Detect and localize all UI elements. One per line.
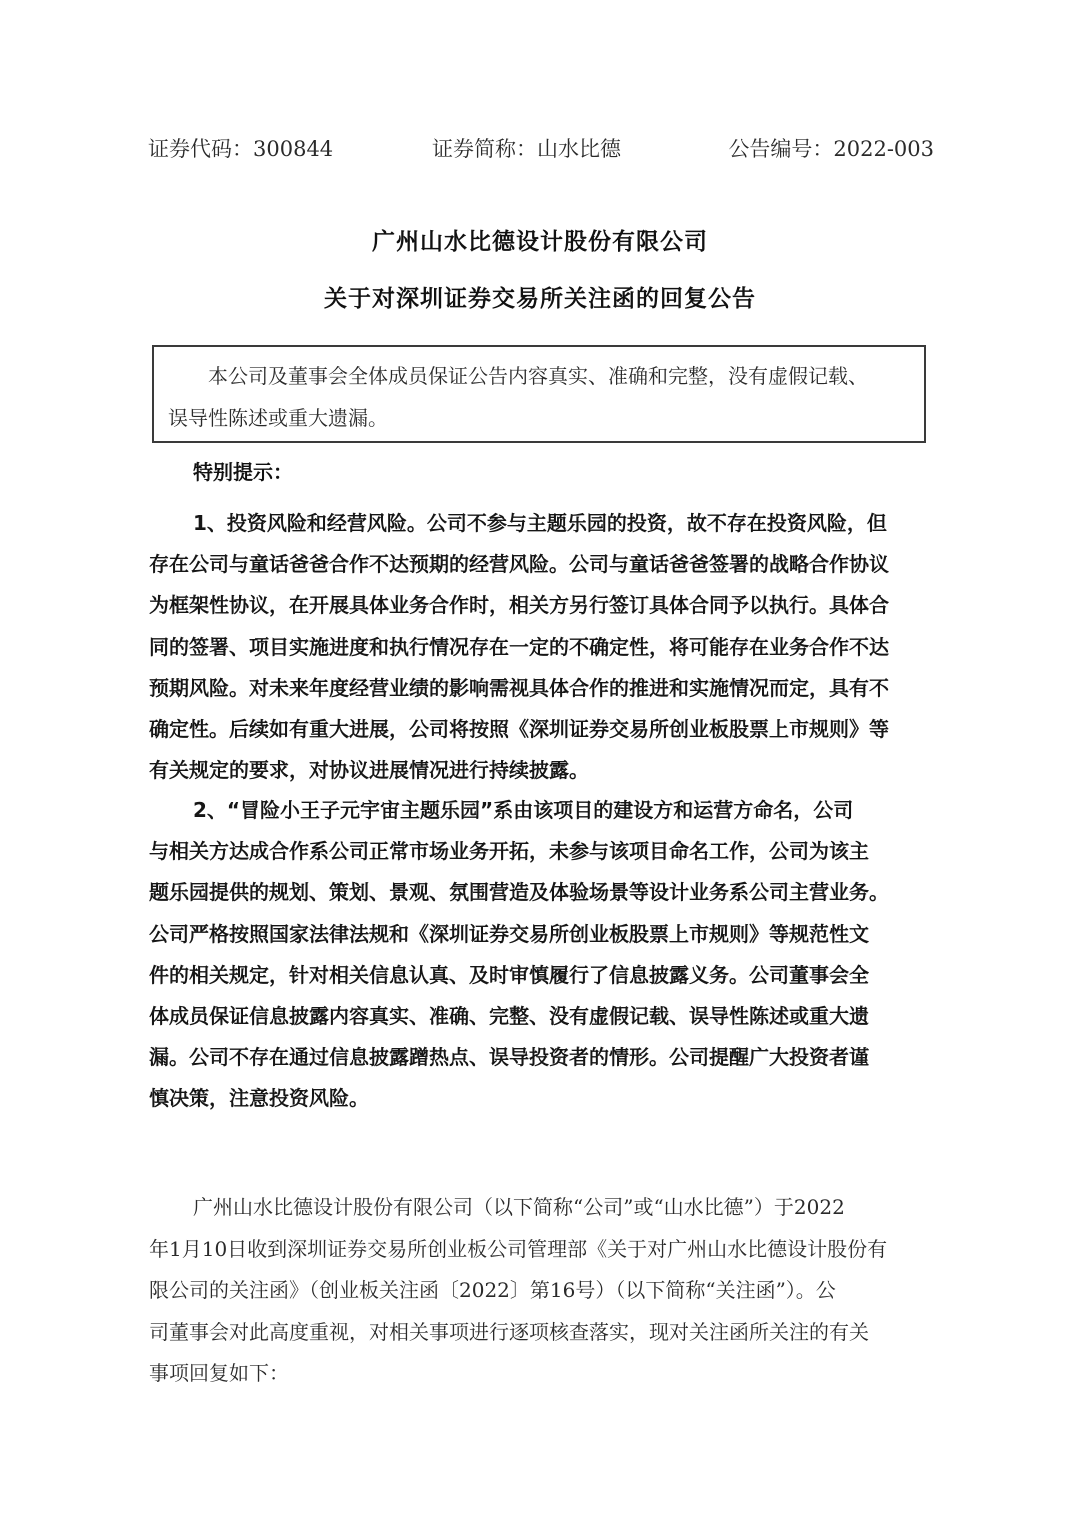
notice-line: 误导性陈述或重大遗漏。 xyxy=(168,397,910,439)
paragraph-line: 公司严格按照国家法律法规和《深圳证券交易所创业板股票上市规则》等规范性文 xyxy=(149,914,955,955)
security-name: 证券简称：山水比德 xyxy=(432,133,621,165)
notice-line: 本公司及董事会全体成员保证公告内容真实、准确和完整，没有虚假记载、 xyxy=(168,355,910,397)
announcement-header: 证券代码：300844 证券简称：山水比德 公告编号：2022-003 xyxy=(148,133,934,165)
announcement-subject: 关于对深圳证券交易所关注函的回复公告 xyxy=(0,282,1080,316)
paragraph-line: 事项回复如下： xyxy=(149,1353,955,1395)
special-notice-item-2: 2、“冒险小王子元宇宙主题乐园”系由该项目的建设方和运营方命名，公司 与相关方达… xyxy=(149,790,955,1120)
paragraph-line: 司董事会对此高度重视，对相关事项进行逐项核查落实，现对关注函所关注的有关 xyxy=(149,1312,955,1354)
special-notice-heading: 特别提示： xyxy=(193,456,293,488)
announcement-page: 证券代码：300844 证券简称：山水比德 公告编号：2022-003 广州山水… xyxy=(0,0,1080,1527)
announcement-number: 公告编号：2022-003 xyxy=(728,133,934,165)
paragraph-line: 与相关方达成合作系公司正常市场业务开拓，未参与该项目命名工作，公司为该主 xyxy=(149,831,955,872)
paragraph-line: 2、“冒险小王子元宇宙主题乐园”系由该项目的建设方和运营方命名，公司 xyxy=(149,790,955,831)
paragraph-line: 题乐园提供的规划、策划、景观、氛围营造及体验场景等设计业务系公司主营业务。 xyxy=(149,872,955,913)
paragraph-line: 1、投资风险和经营风险。公司不参与主题乐园的投资，故不存在投资风险，但 xyxy=(149,503,955,544)
paragraph-line: 广州山水比德设计股份有限公司（以下简称“公司”或“山水比德”）于2022 xyxy=(149,1187,955,1229)
paragraph-line: 漏。公司不存在通过信息披露蹭热点、误导投资者的情形。公司提醒广大投资者谨 xyxy=(149,1037,955,1078)
paragraph-line: 同的签署、项目实施进度和执行情况存在一定的不确定性，将可能存在业务合作不达 xyxy=(149,627,955,668)
paragraph-line: 件的相关规定，针对相关信息认真、及时审慎履行了信息披露义务。公司董事会全 xyxy=(149,955,955,996)
board-guarantee-notice: 本公司及董事会全体成员保证公告内容真实、准确和完整，没有虚假记载、 误导性陈述或… xyxy=(152,345,926,443)
company-title: 广州山水比德设计股份有限公司 xyxy=(0,225,1080,259)
paragraph-line: 存在公司与童话爸爸合作不达预期的经营风险。公司与童话爸爸签署的战略合作协议 xyxy=(149,544,955,585)
paragraph-line: 为框架性协议，在开展具体业务合作时，相关方另行签订具体合同予以执行。具体合 xyxy=(149,585,955,626)
security-code: 证券代码：300844 xyxy=(148,133,333,165)
paragraph-line: 慎决策，注意投资风险。 xyxy=(149,1078,955,1119)
special-notice-item-1: 1、投资风险和经营风险。公司不参与主题乐园的投资，故不存在投资风险，但 存在公司… xyxy=(149,503,955,791)
paragraph-line: 预期风险。对未来年度经营业绩的影响需视具体合作的推进和实施情况而定，具有不 xyxy=(149,668,955,709)
paragraph-line: 确定性。后续如有重大进展，公司将按照《深圳证券交易所创业板股票上市规则》等 xyxy=(149,709,955,750)
paragraph-line: 年1月10日收到深圳证券交易所创业板公司管理部《关于对广州山水比德设计股份有 xyxy=(149,1229,955,1271)
paragraph-line: 限公司的关注函》（创业板关注函〔2022〕第16号）（以下简称“关注函”）。公 xyxy=(149,1270,955,1312)
intro-paragraph: 广州山水比德设计股份有限公司（以下简称“公司”或“山水比德”）于2022 年1月… xyxy=(149,1187,955,1395)
paragraph-line: 有关规定的要求，对协议进展情况进行持续披露。 xyxy=(149,750,955,791)
paragraph-line: 体成员保证信息披露内容真实、准确、完整、没有虚假记载、误导性陈述或重大遗 xyxy=(149,996,955,1037)
